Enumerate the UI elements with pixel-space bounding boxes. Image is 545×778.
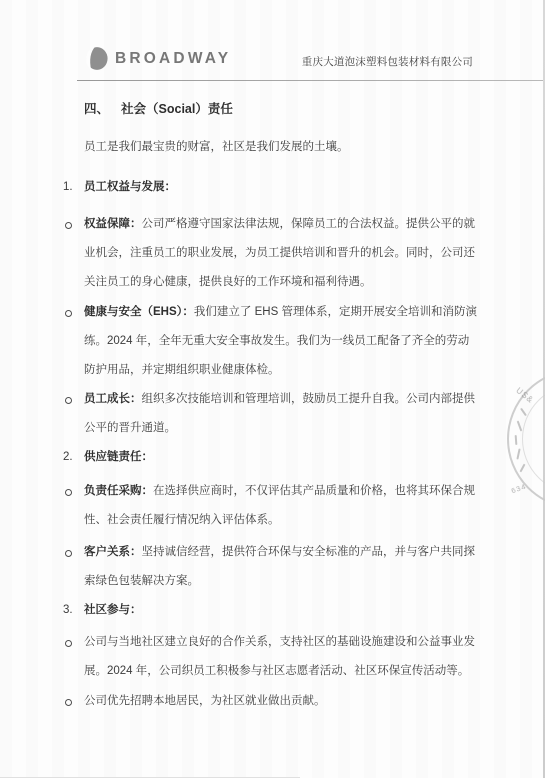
bullet-responsible-sourcing: 负责任采购：在选择供应商时，不仅评估其产品质量和价格，也将其环保合规性、社会责任… — [84, 477, 480, 535]
bullet-text: 坚持诚信经营，提供符合环保与安全标准的产品，并与客户共同探索绿色包装解决方案。 — [84, 546, 475, 587]
bullet-text: 组织多次技能培训和管理培训，鼓励员工提升自我。公司内部提供公平的晋升通道。 — [84, 393, 475, 434]
seal-mark — [520, 464, 526, 473]
section-2-heading-text: 供应链责任： — [84, 451, 153, 463]
section-3-heading-text: 社区参与： — [84, 604, 142, 616]
company-name: 重庆大道泡沫塑料包装材料有限公司 — [302, 54, 473, 69]
header-divider — [77, 80, 543, 81]
section-2-number: 2. — [63, 443, 73, 472]
broadway-logo-icon — [84, 45, 110, 72]
section-title: 四、社会（Social）责任 — [84, 95, 480, 124]
seal-mark — [515, 435, 518, 445]
bullet-text: 公司与当地社区建立良好的合作关系，支持社区的基础设施建设和公益事业发展。2024… — [84, 636, 475, 677]
intro-paragraph: 员工是我们最宝贵的财富，社区是我们发展的土壤。 — [84, 133, 480, 162]
section-2-heading: 2.供应链责任： — [84, 443, 480, 472]
bullet-ring-icon — [65, 550, 72, 557]
bullet-ring-icon — [65, 489, 72, 496]
bullet-employee-growth: 员工成长：组织多次技能培训和管理培训，鼓励员工提升自我。公司内部提供公平的晋升通… — [84, 385, 480, 443]
bullet-customer-relations: 客户关系：坚持诚信经营，提供符合环保与安全标准的产品，并与客户共同探索绿色包装解… — [84, 538, 480, 596]
bullet-ring-icon — [65, 699, 72, 706]
broadway-logo: BROADWAY — [84, 45, 231, 72]
bullet-lead: 权益保障： — [84, 218, 142, 230]
section-title-text: 社会（Social）责任 — [121, 102, 233, 116]
section-3-number: 3. — [63, 596, 73, 625]
bullet-text: 公司严格遵守国家法律法规，保障员工的合法权益。提供公平的就业机会，注重员工的职业… — [84, 218, 475, 288]
bullet-ring-icon — [65, 222, 72, 229]
bullet-text: 公司优先招聘本地居民，为社区就业做出贡献。 — [84, 695, 326, 707]
bullet-lead: 负责任采购： — [84, 485, 153, 497]
bullet-ring-icon — [65, 397, 72, 404]
section-3-heading: 3.社区参与： — [84, 596, 480, 625]
bullet-local-hiring: 公司优先招聘本地居民，为社区就业做出贡献。 — [84, 687, 480, 716]
document-page: BROADWAY 重庆大道泡沫塑料包装材料有限公司 四、社会（Social）责任… — [0, 0, 545, 778]
section-1-heading: 1.员工权益与发展： — [84, 173, 480, 202]
bullet-lead: 客户关系： — [84, 546, 142, 558]
bullet-ring-icon — [65, 640, 72, 647]
broadway-logo-text: BROADWAY — [115, 50, 231, 68]
seal-text-fragment: 634 — [510, 482, 528, 496]
bullet-lead: 员工成长： — [84, 393, 142, 405]
watermark-seal-stamp: US& 634 — [507, 369, 545, 509]
section-1-number: 1. — [63, 173, 73, 202]
bullet-lead: 健康与安全（EHS）： — [84, 306, 194, 318]
seal-mark — [516, 448, 520, 459]
section-title-number: 四、 — [84, 102, 109, 116]
document-body: 四、社会（Social）责任 员工是我们最宝贵的财富，社区是我们发展的土壤。 1… — [84, 95, 480, 716]
bullet-community-cooperation: 公司与当地社区建立良好的合作关系，支持社区的基础设施建设和公益事业发展。2024… — [84, 628, 480, 686]
seal-mark — [517, 420, 523, 431]
bullet-ring-icon — [65, 310, 72, 317]
seal-mark — [520, 408, 527, 417]
bullet-rights-protection: 权益保障：公司严格遵守国家法律法规，保障员工的合法权益。提供公平的就业机会，注重… — [84, 210, 480, 297]
seal-text-fragment: US& — [514, 386, 535, 405]
section-1-heading-text: 员工权益与发展： — [84, 181, 176, 193]
bullet-health-safety: 健康与安全（EHS）：我们建立了 EHS 管理体系，定期开展安全培训和消防演练。… — [84, 298, 480, 385]
